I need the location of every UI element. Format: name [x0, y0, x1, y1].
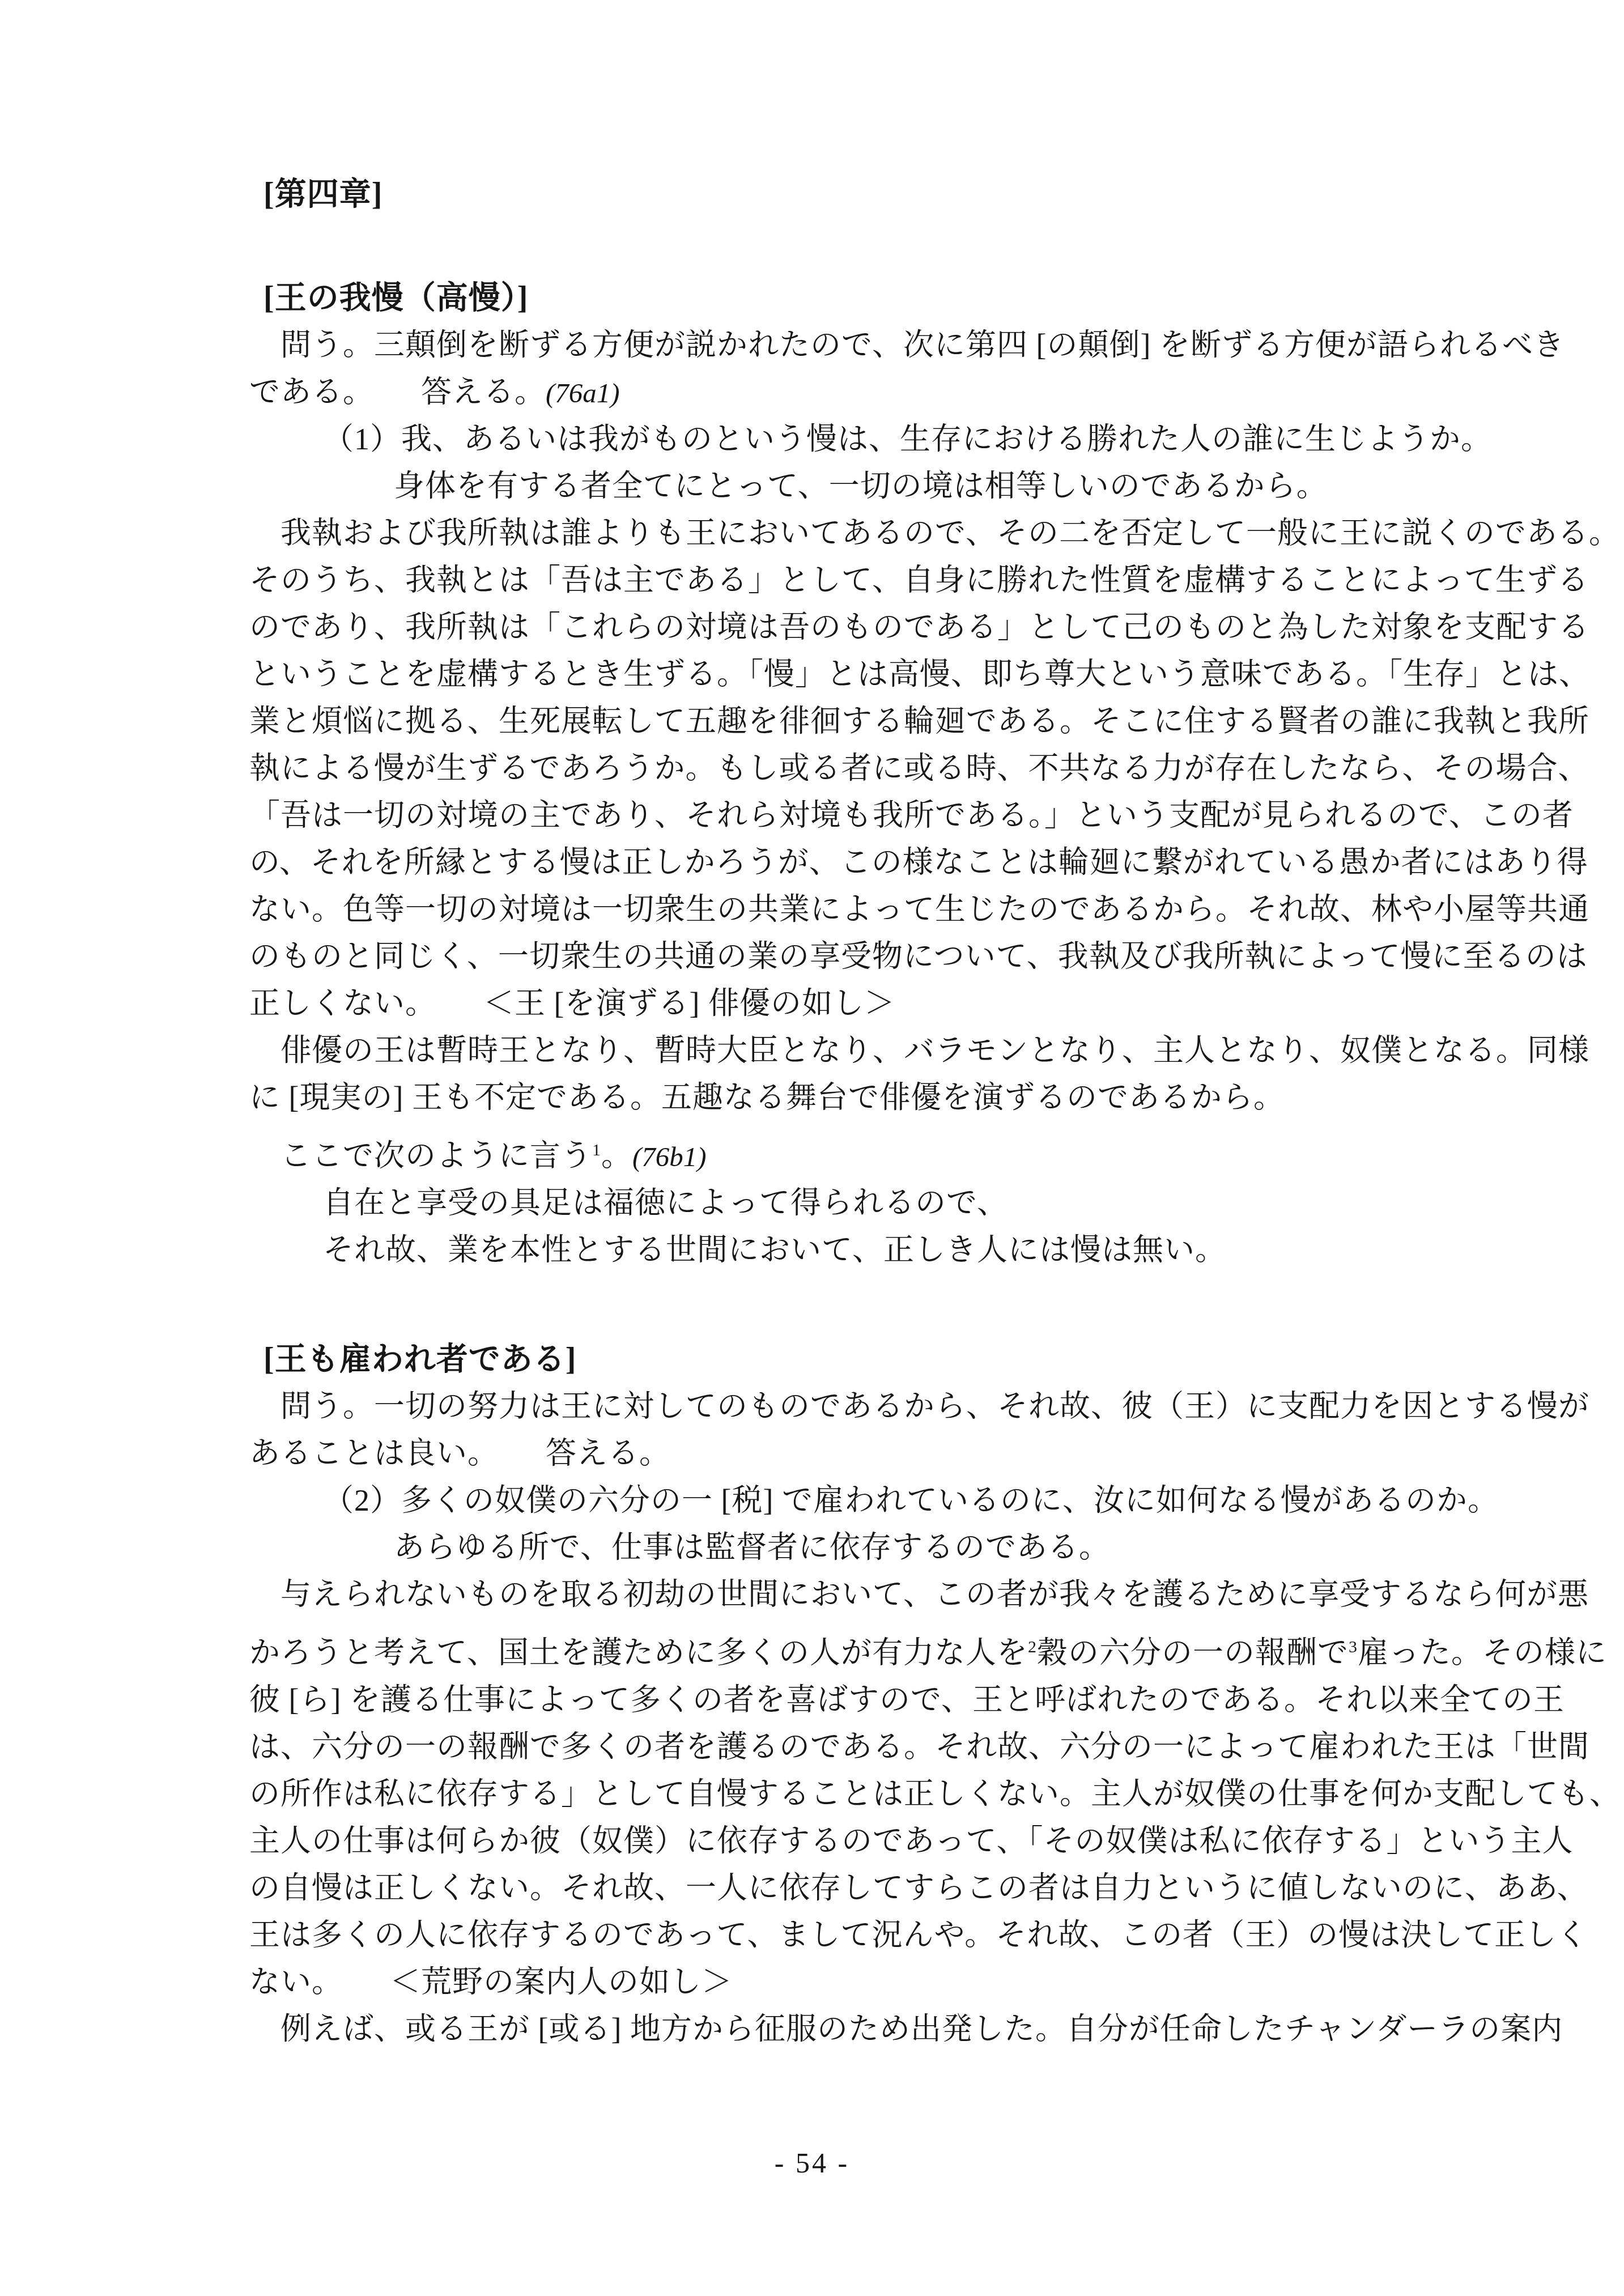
- body-line: 業と煩悩に拠る、生死展転して五趣を徘徊する輪廻である。そこに住する賢者の誰に我執…: [249, 698, 1485, 745]
- body-line: あることは良い。 答える。: [249, 1430, 1485, 1477]
- text-segment: ここで次のように言う: [280, 1139, 592, 1173]
- verse-line: それ故、業を本性とする世間において、正しき人には慢は無い。: [249, 1227, 1485, 1274]
- text-segment: （2）多くの奴僕の六分の一 [税] で雇われているのに、汝に如何なる慢があるのか…: [323, 1483, 1499, 1517]
- text-segment: の自慢は正しくない。それ故、一人に依存してすらこの者は自力というに値しないのに、…: [249, 1871, 1588, 1905]
- text-segment: ない。色等一切の対境は一切衆生の共業によって生じたのであるから。それ故、林や小屋…: [249, 892, 1589, 926]
- body-line: 問う。一切の努力は王に対してのものであるから、それ故、彼（王）に支配力を因とする…: [249, 1383, 1485, 1430]
- body-line: そのうち、我執とは「吾は主である」として、自身に勝れた性質を虚構することによって…: [249, 557, 1485, 604]
- body-line: 主人の仕事は何らか彼（奴僕）に依存するのであって、「その奴僕は私に依存する」とい…: [249, 1818, 1485, 1865]
- text-segment: あることは良い。 答える。: [249, 1436, 670, 1470]
- verse-line: （2）多くの奴僕の六分の一 [税] で雇われているのに、汝に如何なる慢があるのか…: [249, 1477, 1485, 1524]
- chapter-heading: [第四章]: [249, 171, 1485, 218]
- text-segment: 例えば、或る王が [或る] 地方から征服のため出発した。自分が任命したチャンダー…: [280, 2012, 1563, 2046]
- body-line: のものと同じく、一切衆生の共通の業の享受物について、我執及び我所執によって慢に至…: [249, 933, 1485, 980]
- body-line: 例えば、或る王が [或る] 地方から征服のため出発した。自分が任命したチャンダー…: [249, 2006, 1485, 2053]
- text-segment: のであり、我所執は「これらの対境は吾のものである」として己のものと為した対象を支…: [249, 610, 1589, 644]
- text-segment: の所作は私に依存する」として自慢することは正しくない。主人が奴僕の仕事を何か支配…: [249, 1777, 1621, 1811]
- text-segment: [第四章]: [263, 177, 382, 212]
- text-segment: 自在と享受の具足は福徳によって得られるので、: [323, 1186, 1008, 1220]
- body-line: 我執および我所執は誰よりも王においてあるので、その二を否定して一般に王に説くので…: [249, 510, 1485, 557]
- body-line: のであり、我所執は「これらの対境は吾のものである」として己のものと為した対象を支…: [249, 604, 1485, 651]
- text-segment: である。 答える。: [249, 375, 546, 409]
- body-line: 問う。三顛倒を断ずる方便が説かれたので、次に第四 [の顛倒] を断ずる方便が語ら…: [249, 322, 1485, 369]
- body-line: ここで次のように言う1。(76b1): [249, 1133, 1485, 1180]
- body-line: ない。色等一切の対境は一切衆生の共業によって生じたのであるから。それ故、林や小屋…: [249, 886, 1485, 933]
- text-segment: 雇った。その様に: [1358, 1636, 1607, 1670]
- body-line: 「吾は一切の対境の主であり、それら対境も我所である。」という支配が見られるので、…: [249, 792, 1485, 839]
- text-segment: 正しくない。 ＜王 [を演ずる] 俳優の如し＞: [249, 987, 895, 1021]
- page-number: - 54 -: [0, 2146, 1624, 2179]
- body-line: 彼 [ら] を護る仕事によって多くの者を喜ばすので、王と呼ばれたのである。それ以…: [249, 1677, 1485, 1724]
- text-segment: に [現実の] 王も不定である。五趣なる舞台で俳優を演ずるのであるから。: [249, 1081, 1285, 1115]
- text-segment: ない。 ＜荒野の案内人の如し＞: [249, 1965, 733, 1999]
- body-line: の、それを所縁とする慢は正しかろうが、この様なことは輪廻に繋がれている愚か者には…: [249, 839, 1485, 886]
- section-heading: [王も雇われ者である]: [249, 1336, 1485, 1383]
- text-segment: [王の我慢（高慢）]: [263, 280, 528, 316]
- text-segment: 与えられないものを取る初劫の世間において、この者が我々を護るために享受するなら何…: [280, 1578, 1589, 1612]
- text-segment: あらゆる所で、仕事は監督者に依存するのである。: [394, 1530, 1110, 1564]
- body-line: である。 答える。(76a1): [249, 369, 1485, 416]
- folio-marker: (76a1): [546, 377, 620, 409]
- body-line: ない。 ＜荒野の案内人の如し＞: [249, 1959, 1485, 2006]
- text-segment: [王も雇われ者である]: [263, 1342, 576, 1377]
- body-line: の所作は私に依存する」として自慢することは正しくない。主人が奴僕の仕事を何か支配…: [249, 1771, 1485, 1818]
- text-segment: 穀の六分の一の報酬で: [1037, 1636, 1349, 1670]
- body-line: 執による慢が生ずるであろうか。もし或る者に或る時、不共なる力が存在したなら、その…: [249, 745, 1485, 792]
- text-segment: 我執および我所執は誰よりも王においてあるので、その二を否定して一般に王に説くので…: [280, 516, 1620, 550]
- body-line: は、六分の一の報酬で多くの者を護るのである。それ故、六分の一によって雇われた王は…: [249, 1724, 1485, 1771]
- text-segment: 俳優の王は暫時王となり、暫時大臣となり、バラモンとなり、主人となり、奴僕となる。…: [280, 1034, 1589, 1068]
- body-line: に [現実の] 王も不定である。五趣なる舞台で俳優を演ずるのであるから。: [249, 1074, 1485, 1121]
- text-segment: かろうと考えて、国土を護ために多くの人が有力な人を: [249, 1636, 1028, 1670]
- text-segment: 「吾は一切の対境の主であり、それら対境も我所である。」という支配が見られるので、…: [249, 798, 1574, 832]
- text-segment: 。: [601, 1139, 632, 1173]
- text-segment: 王は多くの人に依存するのであって、まして況んや。それ故、この者（王）の慢は決して…: [249, 1918, 1588, 1952]
- text-segment: のものと同じく、一切衆生の共通の業の享受物について、我執及び我所執によって慢に至…: [249, 939, 1588, 973]
- body-line: の自慢は正しくない。それ故、一人に依存してすらこの者は自力というに値しないのに、…: [249, 1865, 1485, 1912]
- text-segment: は、六分の一の報酬で多くの者を護るのである。それ故、六分の一によって雇われた王は…: [249, 1730, 1589, 1764]
- document-page: [第四章][王の我慢（高慢）]問う。三顛倒を断ずる方便が説かれたので、次に第四 …: [0, 0, 1624, 2296]
- text-segment: 主人の仕事は何らか彼（奴僕）に依存するのであって、「その奴僕は私に依存する」とい…: [249, 1824, 1573, 1858]
- text-segment: 問う。一切の努力は王に対してのものであるから、それ故、彼（王）に支配力を因とする…: [280, 1389, 1589, 1423]
- text-segment: の、それを所縁とする慢は正しかろうが、この様なことは輪廻に繋がれている愚か者には…: [249, 845, 1588, 879]
- verse-line: （1）我、あるいは我がものという慢は、生存における勝れた人の誰に生じようか。: [249, 416, 1485, 463]
- text-segment: それ故、業を本性とする世間において、正しき人には慢は無い。: [323, 1233, 1226, 1267]
- text-segment: 問う。三顛倒を断ずる方便が説かれたので、次に第四 [の顛倒] を断ずる方便が語ら…: [280, 328, 1565, 362]
- folio-marker: (76b1): [632, 1141, 707, 1172]
- text-block: [第四章][王の我慢（高慢）]問う。三顛倒を断ずる方便が説かれたので、次に第四 …: [249, 171, 1485, 2053]
- text-segment: ということを虚構するとき生ずる。「慢」とは高慢、即ち尊大という意味である。「生存…: [249, 657, 1590, 691]
- body-line: ということを虚構するとき生ずる。「慢」とは高慢、即ち尊大という意味である。「生存…: [249, 651, 1485, 698]
- verse-line: 自在と享受の具足は福徳によって得られるので、: [249, 1180, 1485, 1227]
- text-segment: 身体を有する者全てにとって、一切の境は相等しいのであるから。: [394, 469, 1328, 503]
- body-line: かろうと考えて、国土を護ために多くの人が有力な人を2穀の六分の一の報酬で3雇った…: [249, 1630, 1485, 1677]
- verse-line: あらゆる所で、仕事は監督者に依存するのである。: [249, 1524, 1485, 1571]
- section-heading: [王の我慢（高慢）]: [249, 275, 1485, 322]
- text-segment: 業と煩悩に拠る、生死展転して五趣を徘徊する輪廻である。そこに住する賢者の誰に我執…: [249, 704, 1589, 738]
- text-segment: そのうち、我執とは「吾は主である」として、自身に勝れた性質を虚構することによって…: [249, 563, 1589, 597]
- footnote-ref: 1: [592, 1141, 601, 1159]
- footnote-ref: 2: [1028, 1638, 1037, 1656]
- body-line: 与えられないものを取る初劫の世間において、この者が我々を護るために享受するなら何…: [249, 1571, 1485, 1618]
- body-line: 正しくない。 ＜王 [を演ずる] 俳優の如し＞: [249, 980, 1485, 1027]
- verse-line: 身体を有する者全てにとって、一切の境は相等しいのであるから。: [249, 463, 1485, 510]
- text-segment: 執による慢が生ずるであろうか。もし或る者に或る時、不共なる力が存在したなら、その…: [249, 751, 1589, 785]
- body-line: 俳優の王は暫時王となり、暫時大臣となり、バラモンとなり、主人となり、奴僕となる。…: [249, 1027, 1485, 1074]
- body-line: 王は多くの人に依存するのであって、まして況んや。それ故、この者（王）の慢は決して…: [249, 1912, 1485, 1959]
- text-segment: 彼 [ら] を護る仕事によって多くの者を喜ばすので、王と呼ばれたのである。それ以…: [249, 1683, 1565, 1717]
- footnote-ref: 3: [1349, 1638, 1358, 1656]
- text-segment: （1）我、あるいは我がものという慢は、生存における勝れた人の誰に生じようか。: [323, 422, 1492, 456]
